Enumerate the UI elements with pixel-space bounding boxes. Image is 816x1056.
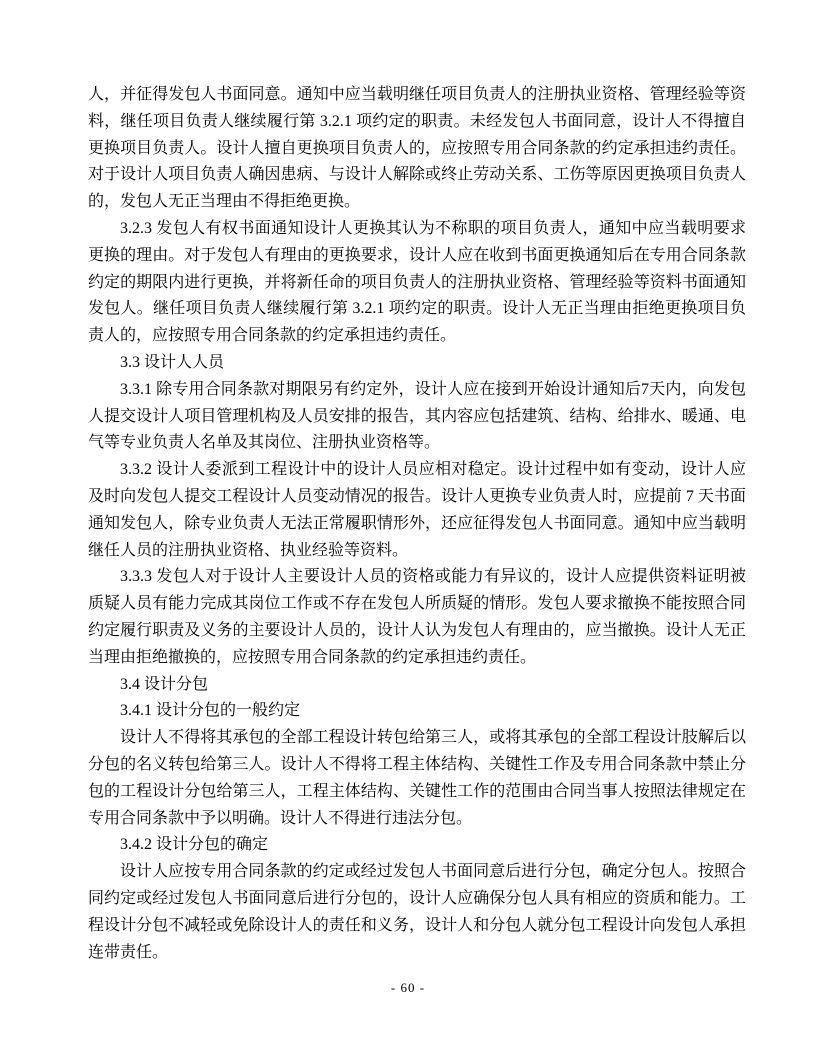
heading-3-4-1: 3.4.1 设计分包的一般约定 bbox=[88, 698, 746, 725]
continuation-paragraph: 人，并征得发包人书面同意。通知中应当载明继任项目负责人的注册执业资格、管理经验等… bbox=[88, 82, 746, 216]
clause-3-3-1-paragraph: 3.3.1 除专用合同条款对期限另有约定外，设计人应在接到开始设计通知后7天内，… bbox=[88, 377, 746, 457]
clause-3-3-2-paragraph: 3.3.2 设计人委派到工程设计中的设计人员应相对稳定。设计过程中如有变动，设计… bbox=[88, 457, 746, 564]
heading-3-4: 3.4 设计分包 bbox=[88, 672, 746, 699]
clause-3-4-2-body-paragraph: 设计人应按专用合同条款的约定或经过发包人书面同意后进行分包，确定分包人。按照合同… bbox=[88, 859, 746, 966]
document-page: 人，并征得发包人书面同意。通知中应当载明继任项目负责人的注册执业资格、管理经验等… bbox=[0, 0, 816, 1056]
page-number: - 60 - bbox=[0, 979, 816, 997]
clause-3-4-1-body-paragraph: 设计人不得将其承包的全部工程设计转包给第三人，或将其承包的全部工程设计肢解后以分… bbox=[88, 725, 746, 832]
clause-3-2-3-paragraph: 3.2.3 发包人有权书面通知设计人更换其认为不称职的项目负责人，通知中应当载明… bbox=[88, 216, 746, 350]
heading-3-4-2: 3.4.2 设计分包的确定 bbox=[88, 832, 746, 859]
clause-3-3-3-paragraph: 3.3.3 发包人对于设计人主要设计人员的资格或能力有异议的，设计人应提供资料证… bbox=[88, 564, 746, 671]
page-body: 人，并征得发包人书面同意。通知中应当载明继任项目负责人的注册执业资格、管理经验等… bbox=[88, 82, 746, 966]
heading-3-3: 3.3 设计人人员 bbox=[88, 350, 746, 377]
